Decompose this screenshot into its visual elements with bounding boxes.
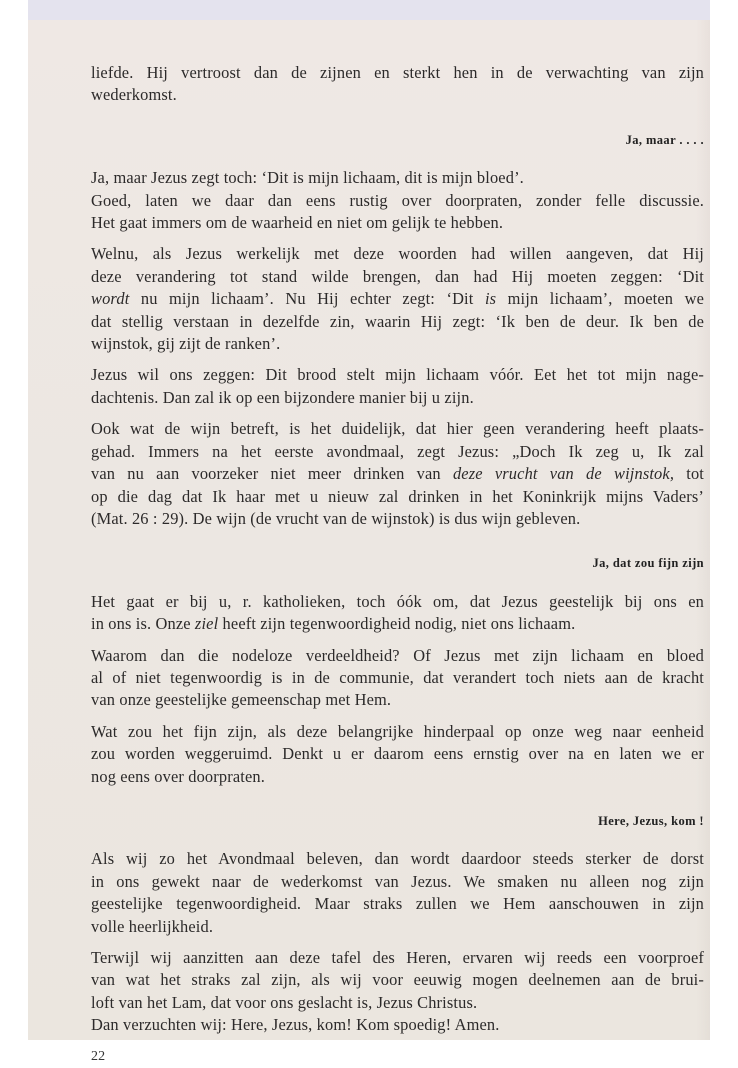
page-body: liefde. Hij vertroost dan de zijnen en s… [91, 62, 704, 1068]
paragraph: Jezus wil ons zeggen: Dit brood stelt mi… [91, 364, 704, 409]
text-line: wederkomst. [91, 84, 704, 106]
text-line: in ons gewekt naar de wederkomst van Jez… [91, 871, 704, 893]
text-line: van nu aan voorzeker niet meer drinken v… [91, 463, 704, 485]
text-line: Dan verzuchten wij: Here, Jezus, kom! Ko… [91, 1014, 704, 1036]
text-line: Het gaat immers om de waarheid en niet o… [91, 212, 704, 234]
text-line: wijnstok, gij zijt de ranken’. [91, 333, 704, 355]
section-heading: Here, Jezus, kom ! [91, 810, 704, 832]
text-line: zou worden weggeruimd. Denkt u er daarom… [91, 743, 704, 765]
section-heading: Ja, dat zou fijn zijn [91, 552, 704, 574]
text-line: Waarom dan die nodeloze verdeeldheid? Of… [91, 645, 704, 667]
text-line: Als wij zo het Avondmaal beleven, dan wo… [91, 848, 704, 870]
text-line: Ja, maar Jezus zegt toch: ‘Dit is mijn l… [91, 167, 704, 189]
paragraph: Goed, laten we daar dan eens rustig over… [91, 190, 704, 235]
paragraph: Welnu, als Jezus werkelijk met deze woor… [91, 243, 704, 355]
text-line: geestelijke tegenwoordigheid. Maar strak… [91, 893, 704, 915]
paragraph: Wat zou het fijn zijn, als deze belangri… [91, 721, 704, 788]
text-line: (Mat. 26 : 29). De wijn (de vrucht van d… [91, 508, 704, 530]
text-line: al of niet tegenwoordig is in de communi… [91, 667, 704, 689]
text-line: op die dag dat Ik haar met u nieuw zal d… [91, 486, 704, 508]
text-line: in ons is. Onze ziel heeft zijn tegenwoo… [91, 613, 704, 635]
text-line: van wat het straks zal zijn, als wij voo… [91, 969, 704, 991]
text-line: gehad. Immers na het eerste avondmaal, z… [91, 441, 704, 463]
book-page: liefde. Hij vertroost dan de zijnen en s… [28, 20, 710, 1040]
scan-top-strip [28, 0, 710, 22]
paragraph: liefde. Hij vertroost dan de zijnen en s… [91, 62, 704, 107]
text-line: wordt nu mijn lichaam’. Nu Hij echter ze… [91, 288, 704, 310]
paragraph: Het gaat er bij u, r. katholieken, toch … [91, 591, 704, 636]
text-line: Terwijl wij aanzitten aan deze tafel des… [91, 947, 704, 969]
section-heading: Ja, maar . . . . [91, 129, 704, 151]
paragraph: Terwijl wij aanzitten aan deze tafel des… [91, 947, 704, 1014]
text-line: loft van het Lam, dat voor ons geslacht … [91, 992, 704, 1014]
text-line: Wat zou het fijn zijn, als deze belangri… [91, 721, 704, 743]
text-line: volle heerlijkheid. [91, 916, 704, 938]
text-line: Ook wat de wijn betreft, is het duidelij… [91, 418, 704, 440]
page-number: 22 [91, 1046, 704, 1068]
paragraph: Waarom dan die nodeloze verdeeldheid? Of… [91, 645, 704, 712]
text-line: nog eens over doorpraten. [91, 766, 704, 788]
text-line: Het gaat er bij u, r. katholieken, toch … [91, 591, 704, 613]
paragraph: Als wij zo het Avondmaal beleven, dan wo… [91, 848, 704, 938]
text-line: Goed, laten we daar dan eens rustig over… [91, 190, 704, 212]
text-line: van onze geestelijke gemeenschap met Hem… [91, 689, 704, 711]
text-line: deze verandering tot stand wilde brengen… [91, 266, 704, 288]
paragraph: Dan verzuchten wij: Here, Jezus, kom! Ko… [91, 1014, 704, 1036]
text-line: dachtenis. Dan zal ik op een bijzondere … [91, 387, 704, 409]
text-line: Jezus wil ons zeggen: Dit brood stelt mi… [91, 364, 704, 386]
text-line: dat stellig verstaan in dezelfde zin, wa… [91, 311, 704, 333]
paragraph: Ja, maar Jezus zegt toch: ‘Dit is mijn l… [91, 167, 704, 189]
text-line: Welnu, als Jezus werkelijk met deze woor… [91, 243, 704, 265]
paragraph: Ook wat de wijn betreft, is het duidelij… [91, 418, 704, 530]
text-line: liefde. Hij vertroost dan de zijnen en s… [91, 62, 704, 84]
